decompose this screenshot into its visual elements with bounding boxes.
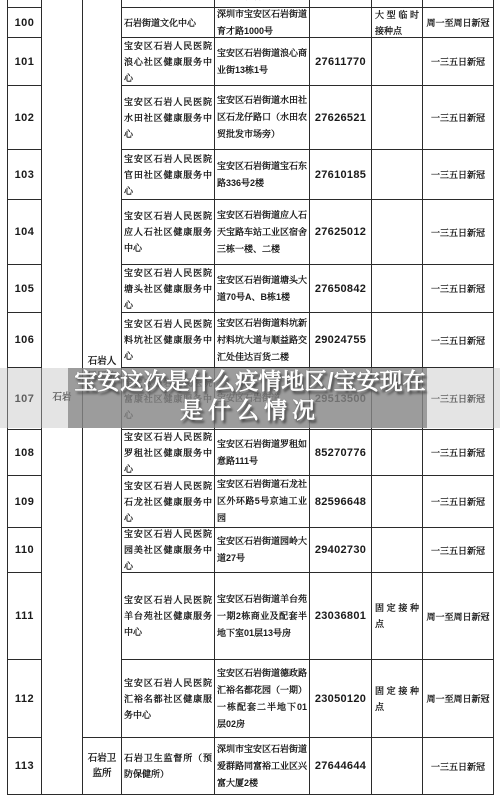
schedule-cell: 一三五日新冠 — [423, 265, 494, 313]
institution-cell: 宝安区石岩人民医院园美社区健康服务中心 — [122, 528, 215, 573]
phone-cell: 29024755 — [310, 313, 372, 368]
row-number-cell: 110 — [8, 528, 42, 573]
row-number-cell: 103 — [8, 150, 42, 200]
row-number-cell: 109 — [8, 476, 42, 528]
institution-cell: 宝安区石岩人民医院羊台苑社区健康服务中心 — [122, 573, 215, 660]
partial-institution-cell: 社区健康服务中心 — [122, 0, 215, 8]
address-cell: 宝安区石岩街道宝石东路336号2楼 — [215, 150, 310, 200]
institution-cell: 石岩街道文化中心 — [122, 8, 215, 38]
row-number-cell: 105 — [8, 265, 42, 313]
institution-cell: 宝安区石岩人民医院应人石社区健康服务中心 — [122, 200, 215, 265]
institution-cell: 宝安区石岩人民医院官田社区健康服务中心 — [122, 150, 215, 200]
schedule-cell: 周一至周日新冠 — [423, 573, 494, 660]
schedule-cell: 周一至周日新冠 — [423, 8, 494, 38]
phone-cell: 27650842 — [310, 265, 372, 313]
schedule-cell: 一三五日新冠 — [423, 430, 494, 476]
type-cell: 大型临时接种点 — [372, 8, 423, 38]
institution-cell: 宝安区石岩人民医院石龙社区健康服务中心 — [122, 476, 215, 528]
partial-phone-cell — [310, 0, 372, 8]
type-cell — [372, 738, 423, 795]
watermark-text: 宝安这次是什么疫情地区/宝安现在 是什么情况 — [0, 367, 500, 425]
phone-cell: 27625012 — [310, 200, 372, 265]
phone-cell: 27644644 — [310, 738, 372, 795]
schedule-cell: 一三五日新冠 — [423, 150, 494, 200]
address-cell: 宝安区石岩街道塘头大道70号A、B栋1楼 — [215, 265, 310, 313]
phone-cell: 23036801 — [310, 573, 372, 660]
type-cell: 固定接种点 — [372, 660, 423, 738]
partial-schedule-cell: 周一至周日新冠 — [423, 0, 494, 8]
schedule-cell: 一三五日新冠 — [423, 528, 494, 573]
phone-cell: 27626521 — [310, 86, 372, 150]
institution-cell: 宝安区石岩人民医院汇裕名都社区健康服务中心 — [122, 660, 215, 738]
row-number-cell: 112 — [8, 660, 42, 738]
address-cell: 深圳市宝安区石岩街道爱群路同富裕工业区兴富大厦2楼 — [215, 738, 310, 795]
supervision-group-cell: 石岩卫监所 — [83, 738, 122, 795]
partial-row-number-cell — [8, 0, 42, 8]
address-cell: 宝安区石岩街道石龙社区外环路5号京迪工业园 — [215, 476, 310, 528]
phone-cell: 27610185 — [310, 150, 372, 200]
phone-cell: 82596648 — [310, 476, 372, 528]
row-number-cell: 106 — [8, 313, 42, 368]
institution-cell: 宝安区石岩人民医院罗租社区健康服务中心 — [122, 430, 215, 476]
address-cell: 深圳市宝安区石岩街道育才路1000号 — [215, 8, 310, 38]
watermark-line2: 是什么情况 — [0, 396, 500, 425]
row-number-cell: 100 — [8, 8, 42, 38]
schedule-cell: 一三五日新冠 — [423, 200, 494, 265]
address-cell: 宝安区石岩街道羊台苑一期2栋商业及配套半地下室01层13号房 — [215, 573, 310, 660]
phone-cell: 27611770 — [310, 38, 372, 86]
type-cell — [372, 430, 423, 476]
type-cell — [372, 38, 423, 86]
address-cell: 宝安区石岩街道德政路汇裕名都花园（一期）一栋配套二半地下01层02房 — [215, 660, 310, 738]
type-cell — [372, 86, 423, 150]
row-number-cell: 101 — [8, 38, 42, 86]
institution-cell: 宝安区石岩人民医院塘头社区健康服务中心 — [122, 265, 215, 313]
institution-cell: 宝安区石岩人民医院水田社区健康服务中心 — [122, 86, 215, 150]
type-cell: 固定接种点 — [372, 573, 423, 660]
institution-cell: 宝安区石岩人民医院料坑社区健康服务中心 — [122, 313, 215, 368]
screenshot-root: 石岩 石岩人民医院 石岩卫监所 社区健康服务中心 宝安区石岩街道 接种点 周一至… — [0, 0, 500, 804]
partial-address-cell: 宝安区石岩街道 — [215, 0, 310, 8]
partial-type-cell: 接种点 — [372, 0, 423, 8]
type-cell — [372, 476, 423, 528]
row-number-cell: 104 — [8, 200, 42, 265]
type-cell — [372, 528, 423, 573]
row-number-cell: 108 — [8, 430, 42, 476]
address-cell: 宝安区石岩街道罗租如意路111号 — [215, 430, 310, 476]
schedule-cell: 一三五日新冠 — [423, 313, 494, 368]
institution-cell: 宝安区石岩人民医院浪心社区健康服务中心 — [122, 38, 215, 86]
type-cell — [372, 150, 423, 200]
type-cell — [372, 200, 423, 265]
phone-cell: 29402730 — [310, 528, 372, 573]
schedule-cell: 一三五日新冠 — [423, 86, 494, 150]
address-cell: 宝安区石岩街道水田社区石龙仔路口（水田农贸批发市场旁） — [215, 86, 310, 150]
type-cell — [372, 265, 423, 313]
row-number-cell: 102 — [8, 86, 42, 150]
row-number-cell: 111 — [8, 573, 42, 660]
watermark-line1: 宝安这次是什么疫情地区/宝安现在 — [0, 367, 500, 396]
schedule-cell: 一三五日新冠 — [423, 738, 494, 795]
address-cell: 宝安区石岩街道料坑新村料坑大道与顺益路交汇处佳达百货二楼 — [215, 313, 310, 368]
address-cell: 宝安区石岩街道浪心商业街13栋1号 — [215, 38, 310, 86]
address-cell: 宝安区石岩街道应人石天宝路车站工业区宿舍三栋一楼、二楼 — [215, 200, 310, 265]
phone-cell — [310, 8, 372, 38]
type-cell — [372, 313, 423, 368]
address-cell: 宝安区石岩街道园岭大道27号 — [215, 528, 310, 573]
schedule-cell: 周一至周日新冠 — [423, 660, 494, 738]
row-number-cell: 113 — [8, 738, 42, 795]
schedule-cell: 一三五日新冠 — [423, 38, 494, 86]
phone-cell: 85270776 — [310, 430, 372, 476]
phone-cell: 23050120 — [310, 660, 372, 738]
institution-cell: 石岩卫生监督所（预防保健所） — [122, 738, 215, 795]
schedule-cell: 一三五日新冠 — [423, 476, 494, 528]
